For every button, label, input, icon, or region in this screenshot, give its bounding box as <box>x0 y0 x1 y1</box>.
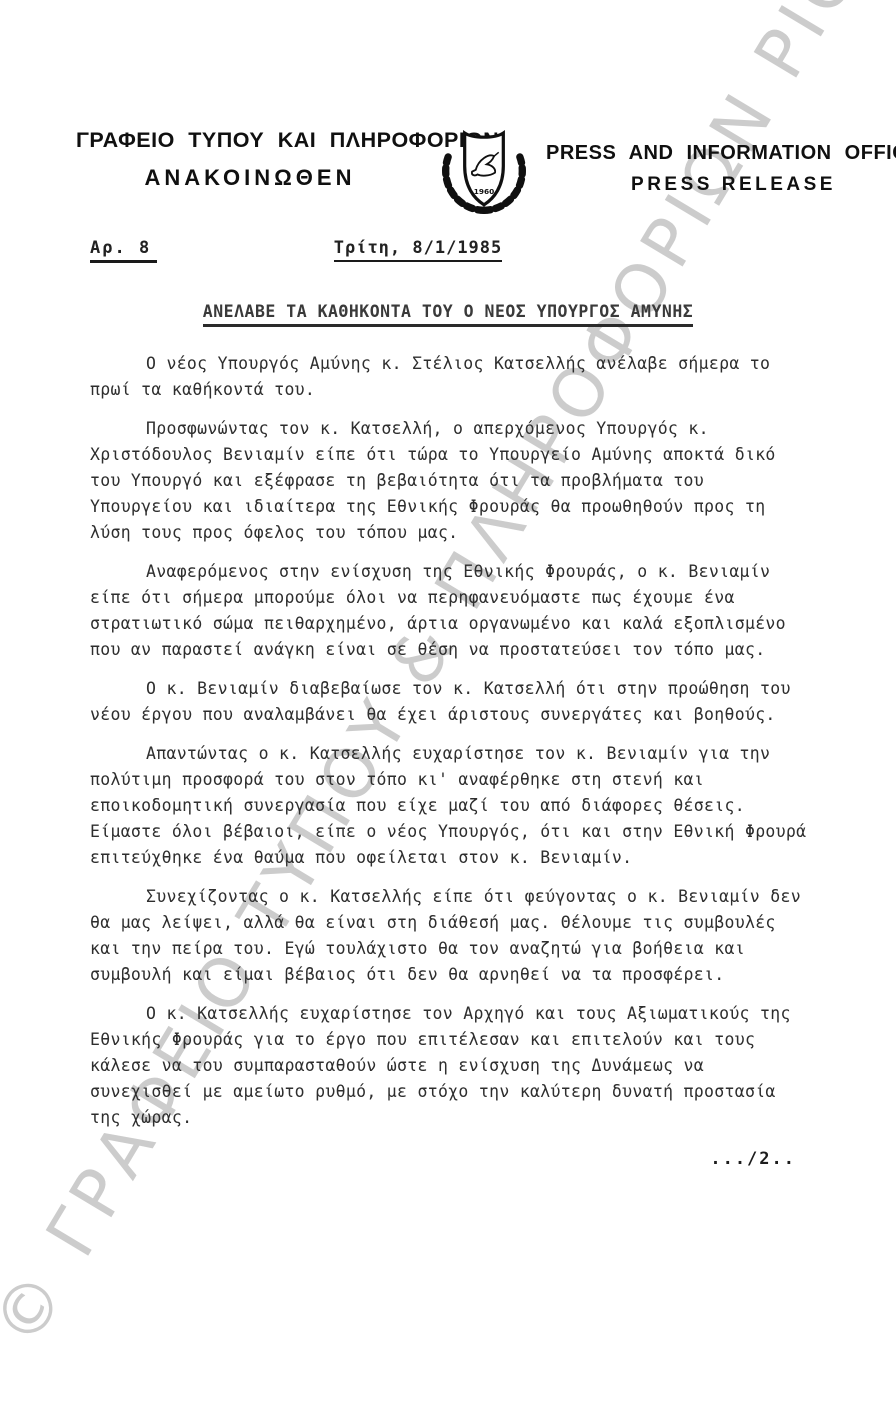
doc-type-greek: ΑΝΑΚΟΙΝΩΘΕΝ <box>76 165 424 191</box>
doc-type-english: PRESS RELEASE <box>546 174 896 196</box>
office-name-english-block: PRESS AND INFORMATION OFFICE PRESS RELEA… <box>546 128 896 196</box>
paragraph: Συνεχίζοντας ο κ. Κατσελλής είπε ότι φεύ… <box>90 884 812 988</box>
headline: ΑΝΕΛΑΒΕ ΤΑ ΚΑΘΗΚΟΝΤΑ ΤΟΥ Ο ΝΕΟΣ ΥΠΟΥΡΓΟΣ… <box>0 302 896 321</box>
press-release-page: © ΓΡΑΦΕΙΟ ΤΥΠΟΥ & ΠΛΗΡΟΦΟΡΙΩΝ PIO ΓΡΑΦΕΙ… <box>0 0 896 1416</box>
letterhead: ΓΡΑΦΕΙΟ ΤΥΠΟΥ ΚΑΙ ΠΛΗΡΟΦΟΡΙΩΝ ΑΝΑΚΟΙΝΩΘΕ… <box>0 0 896 214</box>
paragraph: Προσφωνώντας τον κ. Κατσελλή, ο απερχόμε… <box>90 416 812 546</box>
office-name-english: PRESS AND INFORMATION OFFICE <box>546 142 896 165</box>
headline-text: ΑΝΕΛΑΒΕ ΤΑ ΚΑΘΗΚΟΝΤΑ ΤΟΥ Ο ΝΕΟΣ ΥΠΟΥΡΓΟΣ… <box>203 302 693 327</box>
body-text: Ο νέος Υπουργός Αμύνης κ. Στέλιος Κατσελ… <box>90 351 812 1131</box>
paragraph: Ο νέος Υπουργός Αμύνης κ. Στέλιος Κατσελ… <box>90 351 812 403</box>
office-name-greek-block: ΓΡΑΦΕΙΟ ΤΥΠΟΥ ΚΑΙ ΠΛΗΡΟΦΟΡΙΩΝ ΑΝΑΚΟΙΝΩΘΕ… <box>76 128 424 191</box>
meta-row: Αρ. 8 Τρίτη, 8/1/1985 <box>0 238 896 268</box>
scanned-document-content: ΓΡΑΦΕΙΟ ΤΥΠΟΥ ΚΑΙ ΠΛΗΡΟΦΟΡΙΩΝ ΑΝΑΚΟΙΝΩΘΕ… <box>0 0 896 1169</box>
continuation-marker: .../2.. <box>0 1149 796 1169</box>
document-date: Τρίτη, 8/1/1985 <box>0 238 836 258</box>
emblem-year: 1960 <box>474 187 494 196</box>
paragraph: Απαντώντας ο κ. Κατσελλής ευχαρίστησε το… <box>90 741 812 871</box>
cyprus-coat-of-arms-icon: 1960 <box>434 122 538 214</box>
office-name-greek: ΓΡΑΦΕΙΟ ΤΥΠΟΥ ΚΑΙ ΠΛΗΡΟΦΟΡΙΩΝ <box>76 128 424 153</box>
paragraph: Ο κ. Κατσελλής ευχαρίστησε τον Αρχηγό κα… <box>90 1001 812 1131</box>
paragraph: Ο κ. Βενιαμίν διαβεβαίωσε τον κ. Κατσελλ… <box>90 676 812 728</box>
document-date-text: Τρίτη, 8/1/1985 <box>334 238 503 262</box>
paragraph: Αναφερόμενος στην ενίσχυση της Εθνικής Φ… <box>90 559 812 663</box>
